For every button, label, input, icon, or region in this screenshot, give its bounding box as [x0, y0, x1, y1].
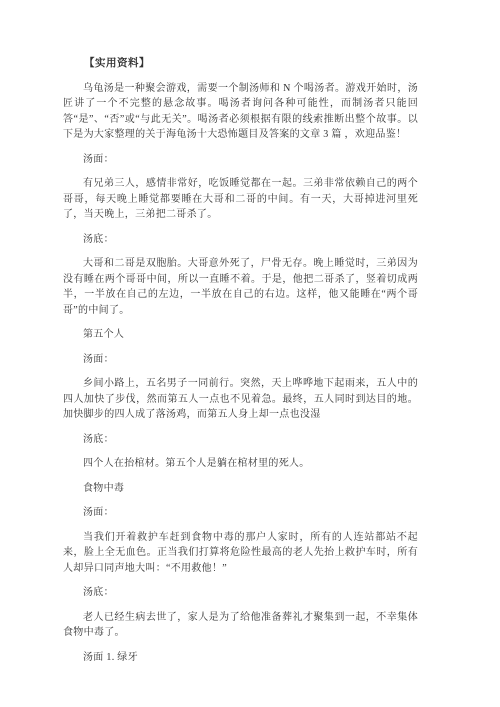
document-paragraph: 有兄弟三人，感情非常好，吃饭睡觉都在一起。三弟非常依赖自己的两个哥哥，每天晚上睡…: [63, 176, 418, 223]
document-paragraph: 当我们开着救护车赶到食物中毒的那户人家时，所有的人连站都站不起来，脸上全无血色。…: [63, 530, 418, 577]
section-label: 汤面 1. 绿牙: [63, 650, 418, 666]
section-label: 汤面：: [63, 352, 418, 368]
document-title: 【实用资料】: [63, 56, 418, 72]
document-paragraph: 四个人在抬棺材。第五个人是躺在棺材里的死人。: [63, 456, 418, 472]
document-paragraph: 乌龟汤是一种聚会游戏，需要一个制汤师和 N 个喝汤者。游戏开始时，汤匠讲了一个不…: [63, 81, 418, 143]
document-body: 乌龟汤是一种聚会游戏，需要一个制汤师和 N 个喝汤者。游戏开始时，汤匠讲了一个不…: [63, 81, 418, 666]
section-label: 汤底：: [63, 585, 418, 601]
document-paragraph: 老人已经生病去世了，家人是为了给他准备葬礼才聚集到一起，不幸集体食物中毒了。: [63, 610, 418, 641]
document-paragraph: 乡间小路上，五名男子一同前行。突然，天上哗哗地下起雨来，五人中的四人加快了步伐，…: [63, 376, 418, 423]
document-page: 【实用资料】 乌龟汤是一种聚会游戏，需要一个制汤师和 N 个喝汤者。游戏开始时，…: [0, 0, 500, 707]
document-paragraph: 大哥和二哥是双胞胎。大哥意外死了，尸骨无存。晚上睡觉时，三弟因为没有睡在两个哥哥…: [63, 256, 418, 318]
section-label: 汤面：: [63, 152, 418, 168]
section-label: 汤底：: [63, 232, 418, 248]
section-label: 汤面：: [63, 505, 418, 521]
section-heading: 第五个人: [63, 327, 418, 343]
section-heading: 食物中毒: [63, 481, 418, 497]
section-label: 汤底：: [63, 432, 418, 448]
